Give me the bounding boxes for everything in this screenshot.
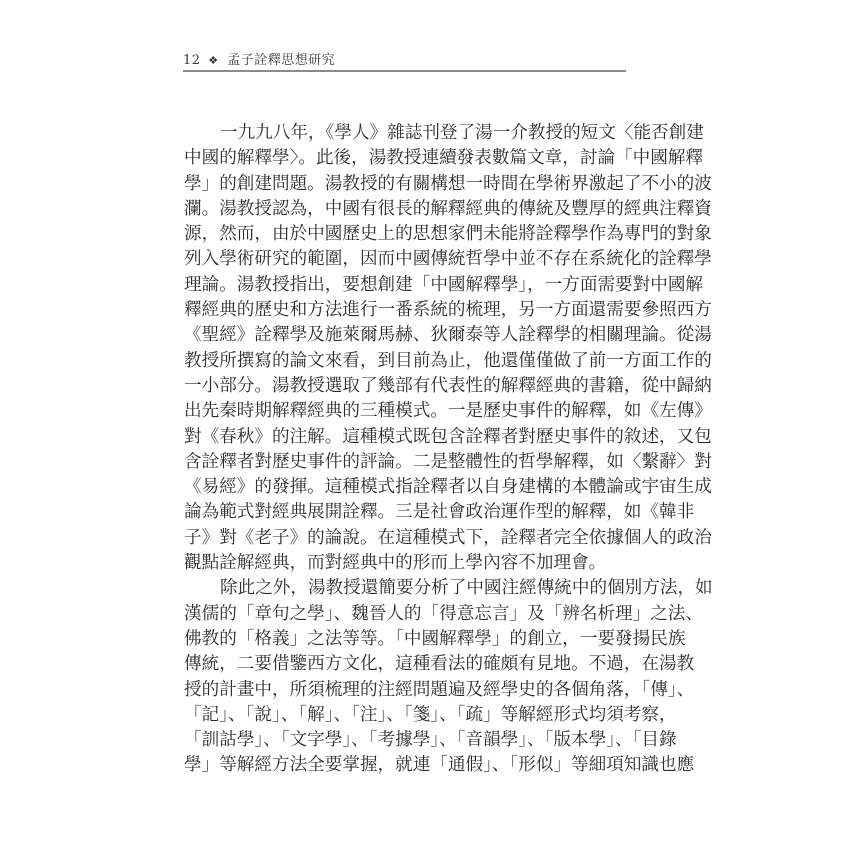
text-line: 除此之外，湯教授還簡要分析了中國注經傳統中的個別方法，如: [184, 576, 625, 601]
book-title: 孟子詮釋思想研究: [227, 53, 335, 68]
text-line: 論為範式對經典展開詮釋。三是社會政治運作型的解釋，如《韓非: [184, 500, 625, 525]
paragraph-1: 一九九八年，《學人》雜誌刊登了湯一介教授的短文〈能否創建 中國的解釋學〉。此後，…: [184, 121, 625, 576]
text-line: 列入學術研究的範圍，因而中國傳統哲學中並不存在系統化的詮釋學: [184, 247, 625, 272]
page-number: 12: [183, 53, 201, 68]
text-line: 佛教的「格義」之法等等。「中國解釋學」的創立，一要發揚民族: [184, 627, 625, 652]
text-line: 一小部分。湯教授選取了幾部有代表性的解釋經典的書籍，從中歸納: [184, 374, 625, 399]
text-line: 《聖經》詮釋學及施萊爾馬赫、狄爾泰等人詮釋學的相關理論。從湯: [184, 323, 625, 348]
text-line: 《易經》的發揮。這種模式指詮釋者以自身建構的本體論或宇宙生成: [184, 475, 625, 500]
body-text: 一九九八年，《學人》雜誌刊登了湯一介教授的短文〈能否創建 中國的解釋學〉。此後，…: [184, 121, 625, 779]
text-line: 教授所撰寫的論文來看，到目前為止，他還僅僅做了前一方面工作的: [184, 349, 625, 374]
text-line: 「訓詁學」、「文字學」、「考據學」、「音韻學」、「版本學」、「目錄: [184, 728, 625, 753]
text-line: 含詮釋者對歷史事件的評論。二是整體性的哲學解釋，如〈繫辭〉對: [184, 450, 625, 475]
text-line: 瀾。湯教授認為，中國有很長的解釋經典的傳統及豐厚的經典注釋資: [184, 197, 625, 222]
diamond-ornament-icon: ❖: [208, 54, 218, 67]
text-line: 「記」、「說」、「解」、「注」、「箋」、「疏」等解經形式均須考察，: [184, 703, 625, 728]
text-line: 對《春秋》的注解。這種模式既包含詮釋者對歷史事件的敘述，又包: [184, 425, 625, 450]
running-head: 12 ❖ 孟子詮釋思想研究: [183, 52, 626, 71]
text-line: 觀點詮解經典，而對經典中的形而上學內容不加理會。: [184, 551, 625, 576]
text-line: 中國的解釋學〉。此後，湯教授連續發表數篇文章，討論「中國解釋: [184, 146, 625, 171]
text-line: 子》對《老子》的論說。在這種模式下，詮釋者完全依據個人的政治: [184, 526, 625, 551]
text-line: 傳統，二要借鑒西方文化，這種看法的確頗有見地。不過，在湯教: [184, 652, 625, 677]
header-rule-divider: [183, 70, 626, 72]
book-page: 12 ❖ 孟子詮釋思想研究 一九九八年，《學人》雜誌刊登了湯一介教授的短文〈能否…: [0, 0, 850, 850]
text-line: 源，然而，由於中國歷史上的思想家們未能將詮釋學作為專門的對象: [184, 222, 625, 247]
text-line: 理論。湯教授指出，要想創建「中國解釋學」，一方面需要對中國解: [184, 273, 625, 298]
text-line: 一九九八年，《學人》雜誌刊登了湯一介教授的短文〈能否創建: [184, 121, 625, 146]
text-line: 釋經典的歷史和方法進行一番系統的梳理，另一方面還需要參照西方: [184, 298, 625, 323]
text-line: 學」等解經方法全要掌握，就連「通假」、「形似」等細項知識也應: [184, 753, 625, 778]
text-line: 漢儒的「章句之學」、魏晉人的「得意忘言」及「辨名析理」之法、: [184, 602, 625, 627]
text-line: 授的計畫中，所須梳理的注經問題遍及經學史的各個角落，「傳」、: [184, 678, 625, 703]
text-line: 學」的創建問題。湯教授的有關構想一時間在學術界激起了不小的波: [184, 172, 625, 197]
paragraph-2: 除此之外，湯教授還簡要分析了中國注經傳統中的個別方法，如 漢儒的「章句之學」、魏…: [184, 576, 625, 778]
text-line: 出先秦時期解釋經典的三種模式。一是歷史事件的解釋，如《左傳》: [184, 399, 625, 424]
